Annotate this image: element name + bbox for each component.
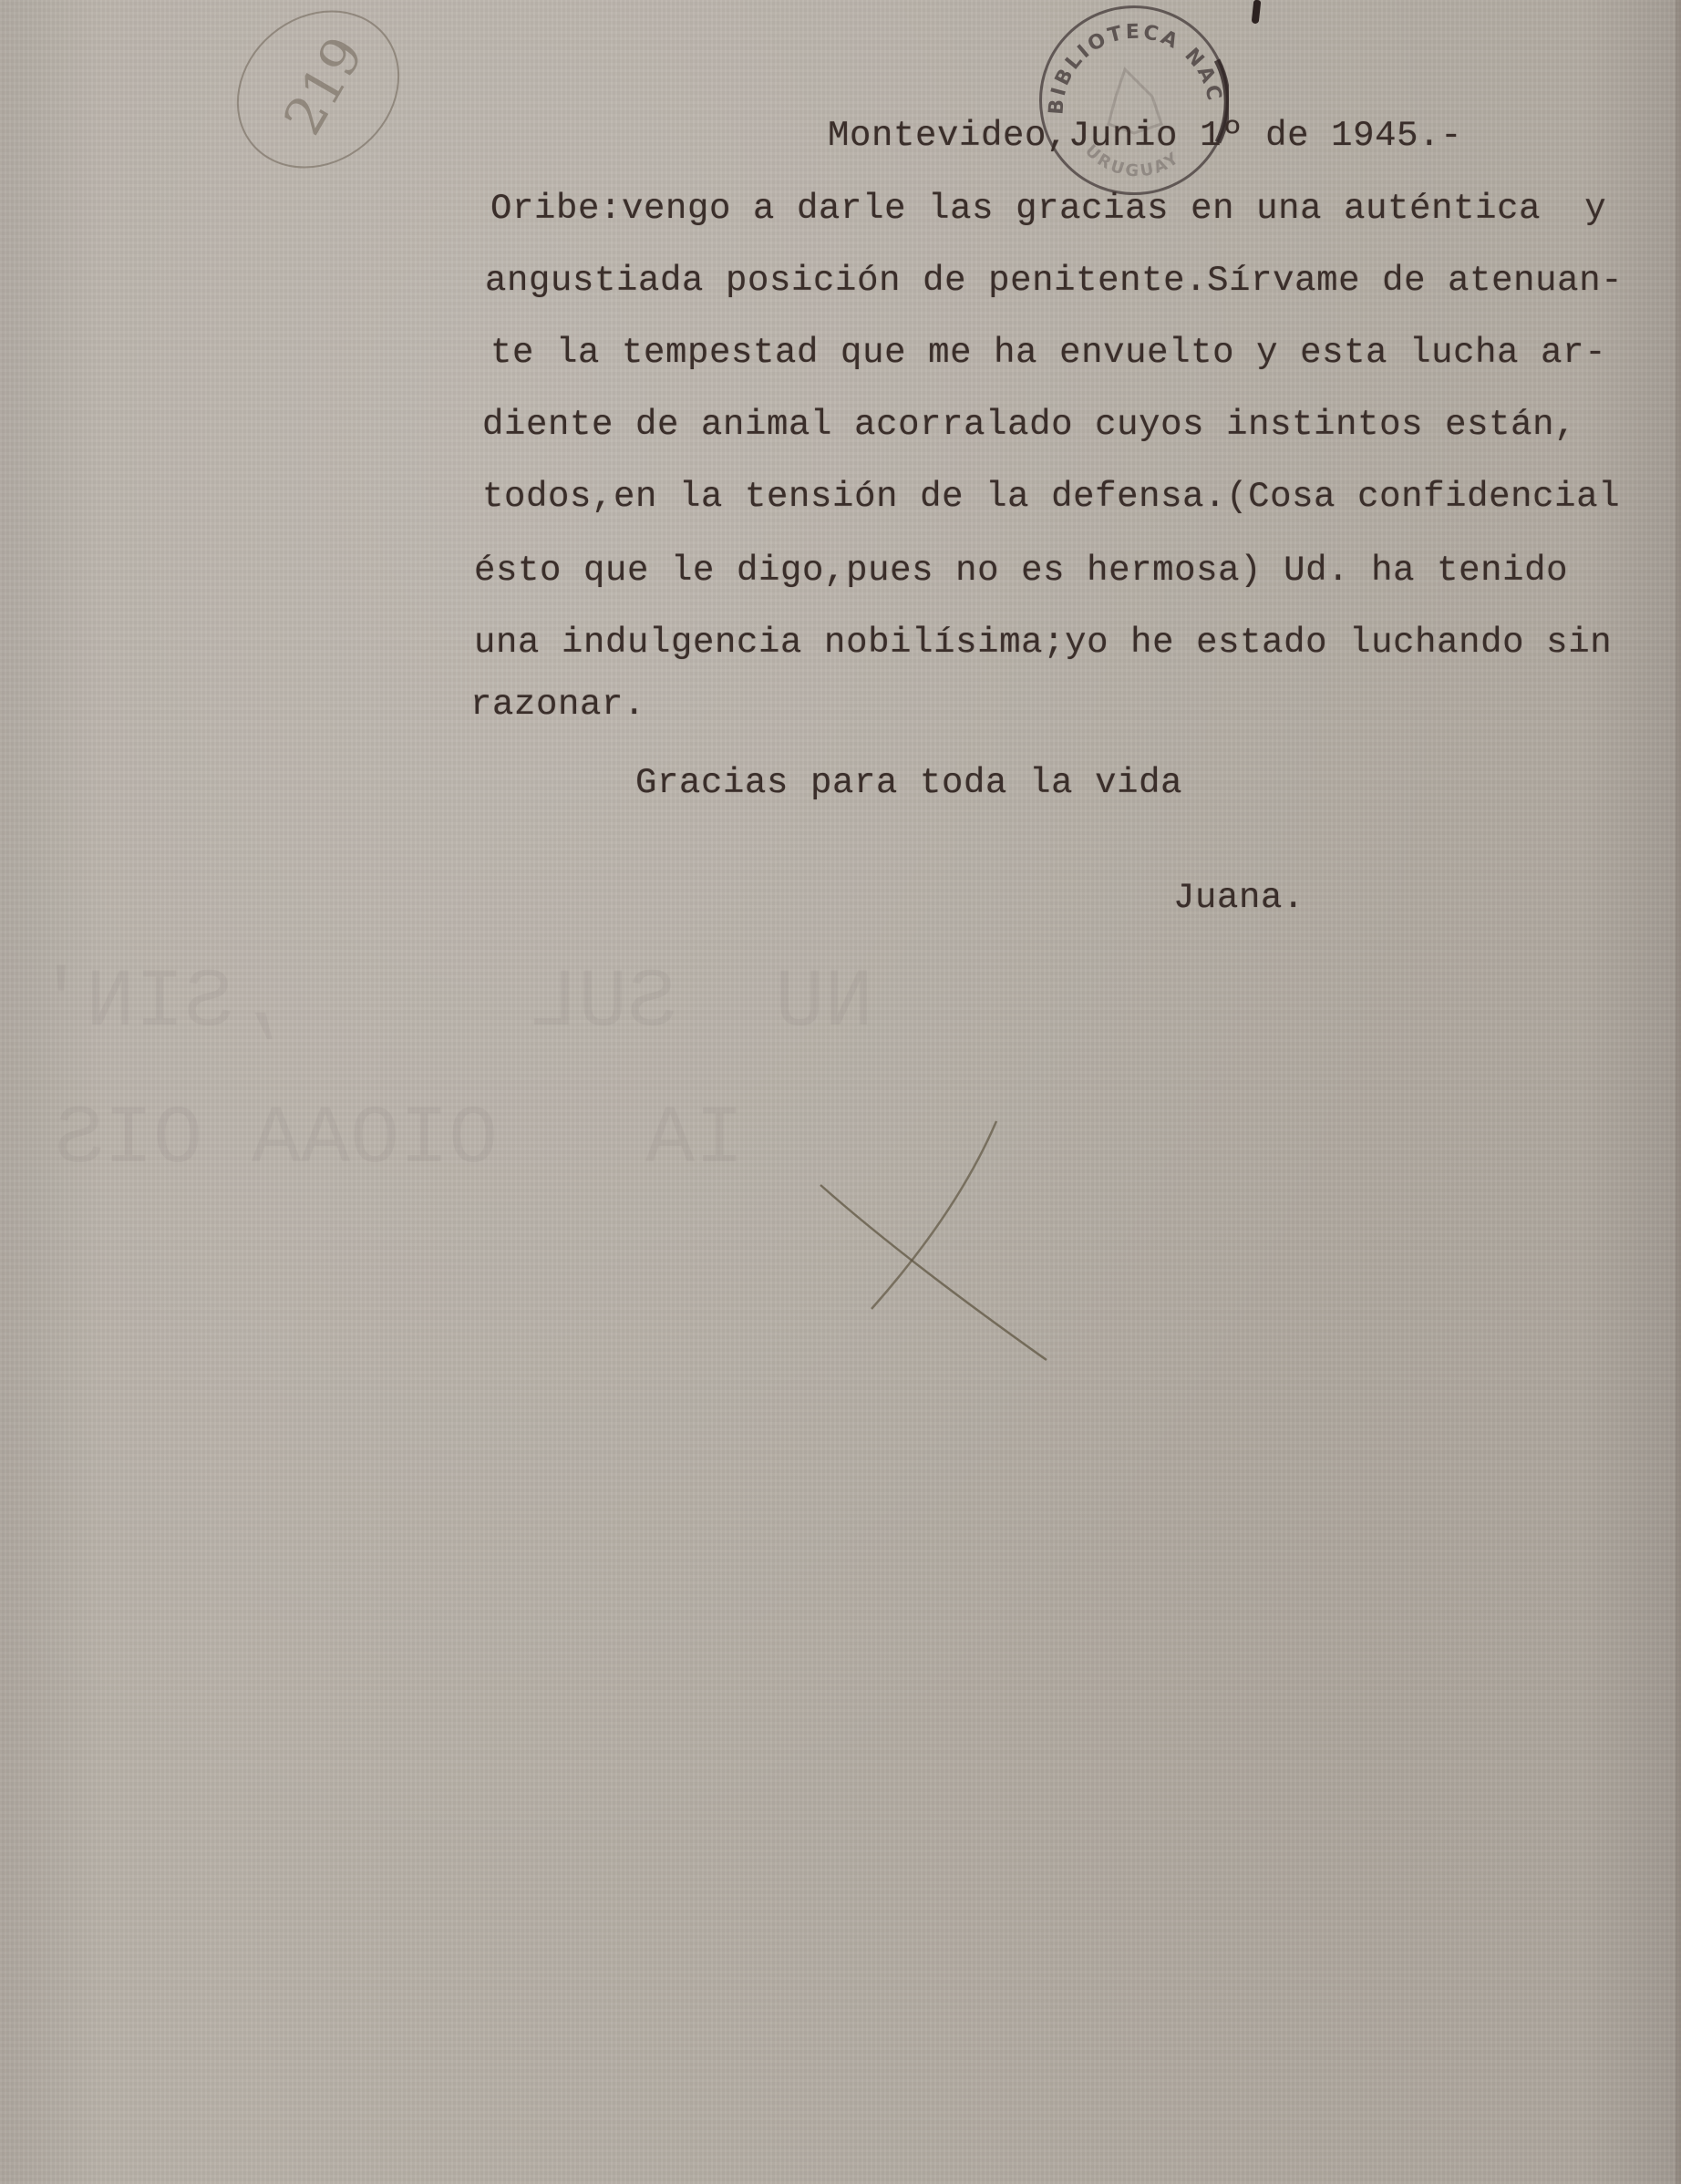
- body-line-1: Oribe:vengo a darle las gracias en una a…: [490, 191, 1606, 227]
- body-line-4: diente de animal acorralado cuyos instin…: [482, 407, 1576, 443]
- body-line-3: te la tempestad que me ha envuelto y est…: [490, 335, 1606, 371]
- signature: Juana.: [1173, 881, 1305, 916]
- date-line: Montevideo,Junio 1º de 1945.-: [828, 118, 1462, 154]
- pencil-cross-mark-icon: [802, 1112, 1076, 1386]
- svg-text:BIBLIOTECA NACIONAL: BIBLIOTECA NACIONAL: [1039, 5, 1226, 116]
- show-through-text: NU SUL ,SIN': [36, 957, 873, 1050]
- body-line-6: ésto que le digo,pues no es hermosa) Ud.…: [474, 553, 1568, 589]
- closing-line: Gracias para toda la vida: [635, 766, 1182, 801]
- body-line-8: razonar.: [470, 687, 645, 723]
- body-line-7: una indulgencia nobilísima;yo he estado …: [474, 625, 1612, 661]
- library-seal-icon: BIBLIOTECA NACIONAL URUGUAY: [1039, 5, 1229, 195]
- body-line-5: todos,en la tensión de la defensa.(Cosa …: [482, 479, 1620, 515]
- show-through-text: IA OIOAA OIS: [55, 1094, 744, 1187]
- body-line-2: angustiada posición de penitente.Sírvame…: [485, 263, 1623, 299]
- stamp-top-text: BIBLIOTECA NACIONAL: [1039, 5, 1226, 116]
- paper-edge: [1676, 0, 1681, 2184]
- paper-grain: [0, 0, 1681, 2184]
